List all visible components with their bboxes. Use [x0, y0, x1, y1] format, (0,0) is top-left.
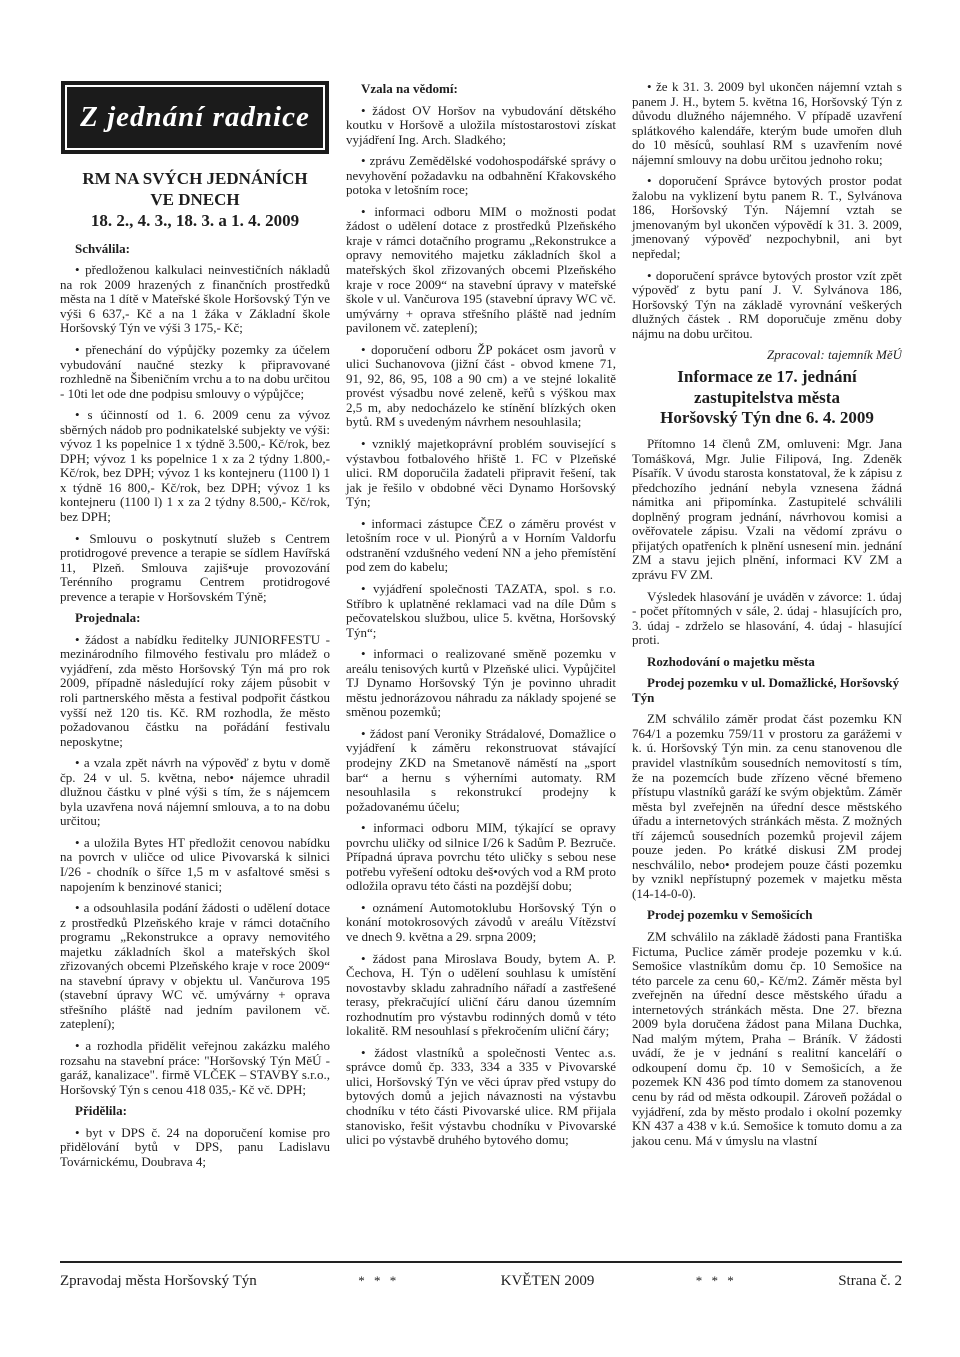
masthead-title: Z jednání radnice — [80, 101, 310, 133]
paragraph: • doporučení správce bytových prostor vz… — [632, 269, 902, 342]
paragraph: • byt v DPS č. 24 na doporučení komise p… — [60, 1126, 330, 1170]
page-footer: Zpravodaj města Horšovský Týn * * * KVĚT… — [60, 1261, 902, 1290]
column-1: Z jednání radniceRM NA SVÝCH JEDNÁNÍCH V… — [60, 80, 330, 1260]
paragraph: • informaci odboru MIM o možnosti podat … — [346, 205, 616, 336]
paragraph: • s účinností od 1. 6. 2009 cenu za vývo… — [60, 408, 330, 524]
footer-separator: * * * — [696, 1273, 737, 1289]
paragraph: • žádost vlastníků a společnosti Ventec … — [346, 1046, 616, 1148]
paragraph: • zprávu Zemědělské vodohospodářské sprá… — [346, 154, 616, 198]
paragraph: • doporučení odboru ŽP pokácet osm javor… — [346, 343, 616, 430]
paragraph: • informaci o realizované směně pozemku … — [346, 647, 616, 720]
paragraph: • předloženou kalkulaci neinvestičních n… — [60, 263, 330, 336]
paragraph: • a vzala zpět návrh na výpověď z bytu v… — [60, 756, 330, 829]
paragraph: • oznámení Automotoklubu Horšovský Týn o… — [346, 901, 616, 945]
paragraph: • žádost a nabídku ředitelky JUNIORFESTU… — [60, 633, 330, 749]
paragraph: • a rozhodla přidělit veřejnou zakázku m… — [60, 1039, 330, 1097]
paragraph: • doporučení Správce bytových prostor po… — [632, 174, 902, 261]
subheading: Vzala na vědomí: — [346, 82, 616, 97]
byline: Zpracoval: tajemník MěÚ — [632, 348, 902, 363]
masthead-frame: Z jednání radnice — [65, 85, 325, 150]
subheading: Rozhodování o majetku města — [632, 655, 902, 670]
footer-separator: * * * — [358, 1273, 399, 1289]
subheading: Schválila: — [60, 242, 330, 257]
subheading: Projednala: — [60, 611, 330, 626]
newsletter-page: Z jednání radniceRM NA SVÝCH JEDNÁNÍCH V… — [0, 0, 960, 1357]
paragraph: • informaci odboru MIM, týkající se opra… — [346, 821, 616, 894]
subheading: Přidělila: — [60, 1104, 330, 1119]
subheading: Prodej pozemku v Semošicích — [632, 908, 902, 923]
paragraph: • Smlouvu o poskytnutí služeb s Centrem … — [60, 532, 330, 605]
columns: Z jednání radniceRM NA SVÝCH JEDNÁNÍCH V… — [60, 80, 902, 1260]
paragraph: • žádost pana Miroslava Boudy, bytem A. … — [346, 952, 616, 1039]
paragraph: • žádost paní Veroniky Strádalové, Domaž… — [346, 727, 616, 814]
paragraph: • že k 31. 3. 2009 byl ukončen nájemní v… — [632, 80, 902, 167]
paragraph: Přítomno 14 členů ZM, omluveni: Mgr. Jan… — [632, 437, 902, 582]
paragraph: • vzniklý majetkoprávní problém souvisej… — [346, 437, 616, 510]
footer-newsletter-name: Zpravodaj města Horšovský Týn — [60, 1273, 257, 1290]
paragraph: • a uložila Bytes HT předložit cenovou n… — [60, 836, 330, 894]
paragraph: Výsledek hlasování je uváděn v závorce: … — [632, 590, 902, 648]
paragraph: • informaci zástupce ČEZ o záměru provés… — [346, 517, 616, 575]
paragraph: • přenechání do výpůjčky pozemky za účel… — [60, 343, 330, 401]
paragraph: • žádost OV Horšov na vybudování dětskéh… — [346, 104, 616, 148]
subheading: Prodej pozemku v ul. Domažlické, Horšovs… — [632, 676, 902, 705]
footer-issue-date: KVĚTEN 2009 — [501, 1273, 595, 1290]
column-3: • že k 31. 3. 2009 byl ukončen nájemní v… — [632, 80, 902, 1260]
footer-page-number: Strana č. 2 — [838, 1273, 902, 1290]
masthead-box: Z jednání radnice — [62, 82, 328, 153]
column-2: Vzala na vědomí:• žádost OV Horšov na vy… — [346, 80, 616, 1260]
section-heading: Informace ze 17. jednání zastupitelstva … — [632, 367, 902, 429]
paragraph: ZM schválilo záměr prodat část pozemku K… — [632, 712, 902, 901]
section-title: RM NA SVÝCH JEDNÁNÍCH VE DNECH 18. 2., 4… — [60, 169, 330, 231]
paragraph: • vyjádření společnosti TAZATA, spol. s … — [346, 582, 616, 640]
paragraph: • a odsouhlasila podání žádosti o udělen… — [60, 901, 330, 1032]
paragraph: ZM schválilo na základě žádosti pana Fra… — [632, 930, 902, 1148]
